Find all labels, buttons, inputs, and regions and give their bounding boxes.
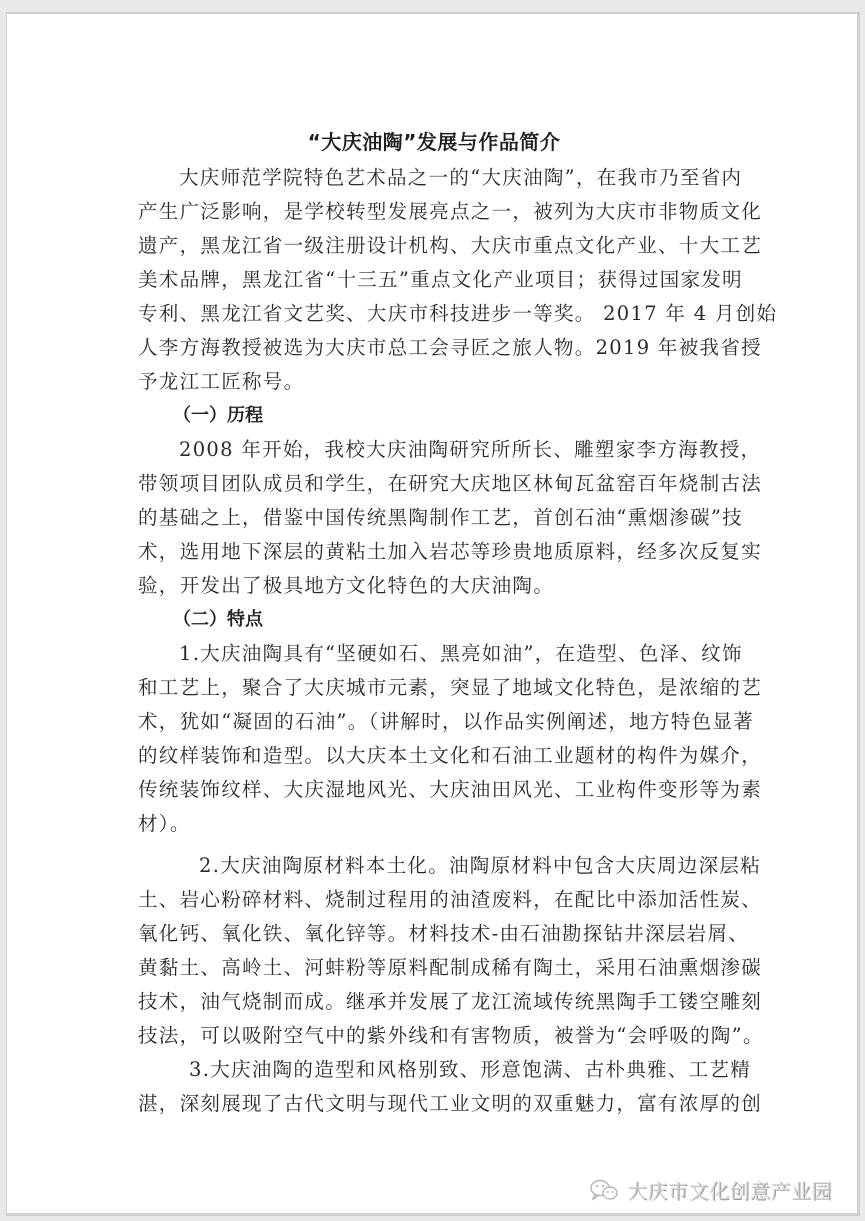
history-line: 2008 年开始，我校大庆油陶研究所所长、雕塑家李方海教授，: [179, 438, 761, 462]
document-page: “大庆油陶”发展与作品简介 大庆师范学院特色艺术品之一的“大庆油陶”，在我市乃至…: [6, 12, 860, 1216]
feature2-line: 技法，可以吸附空气中的紫外线和有害物质，被誉为“会呼吸的陶”。: [138, 1024, 764, 1048]
feature2-line: 2.大庆油陶原材料本土化。油陶原材料中包含大庆周边深层粘: [199, 854, 761, 878]
feature2-line: 技术，油气烧制而成。继承并发展了龙江流域传统黑陶手工镂空雕刻: [138, 990, 762, 1014]
feature1-line: 材）。: [138, 812, 191, 836]
feature3-line: 3.大庆油陶的造型和风格别致、形意饱满、古朴典雅、工艺精: [189, 1058, 751, 1082]
wechat-watermark: 大庆市文化创意产业园: [589, 1175, 832, 1204]
history-line: 带领项目团队成员和学生，在研究大庆地区林甸瓦盆窑百年烧制古法: [138, 472, 762, 496]
feature1-line: 1.大庆油陶具有“坚硬如石、黑亮如油”，在造型、色泽、纹饰: [179, 642, 743, 666]
section-heading-features: （二）特点: [173, 608, 263, 632]
watermark-text: 大庆市文化创意产业园: [627, 1175, 832, 1204]
wechat-icon: [589, 1178, 621, 1202]
document-body: “大庆油陶”发展与作品简介 大庆师范学院特色艺术品之一的“大庆油陶”，在我市乃至…: [7, 14, 861, 1218]
history-line: 验，开发出了极具地方文化特色的大庆油陶。: [138, 574, 554, 598]
photo-background: “大庆油陶”发展与作品简介 大庆师范学院特色艺术品之一的“大庆油陶”，在我市乃至…: [0, 0, 865, 1221]
feature3-line: 湛，深刻展现了古代文明与现代工业文明的双重魅力，富有浓厚的创: [138, 1092, 762, 1116]
intro-line: 专利、黑龙江省文艺奖、大庆市科技进步一等奖。 2017 年 4 月创始: [138, 302, 777, 326]
feature1-line: 和工艺上，聚合了大庆城市元素，突显了地域文化特色，是浓缩的艺: [138, 676, 762, 700]
intro-line: 大庆师范学院特色艺术品之一的“大庆油陶”，在我市乃至省内: [179, 166, 742, 190]
intro-line: 人李方海教授被选为大庆市总工会寻匠之旅人物。2019 年被我省授: [138, 336, 762, 360]
feature1-line: 的纹样装饰和造型。以大庆本土文化和石油工业题材的构件为媒介，: [138, 744, 762, 768]
intro-line: 予龙江工匠称号。: [138, 370, 304, 394]
history-line: 的基础之上，借鉴中国传统黑陶制作工艺，首创石油“熏烟渗碳”技: [138, 506, 743, 530]
document-title: “大庆油陶”发展与作品简介: [7, 126, 861, 155]
feature2-line: 土、岩心粉碎材料、烧制过程用的油渣废料，在配比中添加活性炭、: [138, 888, 762, 912]
intro-line: 美术品牌，黑龙江省“十三五”重点文化产业项目；获得过国家发明: [138, 268, 743, 292]
history-line: 术，选用地下深层的黄粘土加入岩芯等珍贵地质原料，经多次反复实: [138, 540, 762, 564]
feature1-line: 传统装饰纹样、大庆湿地风光、大庆油田风光、工业构件变形等为素: [138, 778, 762, 802]
feature1-line: 术，犹如“凝固的石油”。（讲解时，以作品实例阐述，地方特色显著: [138, 710, 754, 734]
feature2-line: 黄黏土、高岭土、河蚌粉等原料配制成稀有陶土，采用石油熏烟渗碳: [138, 956, 762, 980]
intro-line: 产生广泛影响，是学校转型发展亮点之一，被列为大庆市非物质文化: [138, 200, 762, 224]
section-heading-history: （一）历程: [173, 404, 263, 428]
intro-line: 遗产，黑龙江省一级注册设计机构、大庆市重点文化产业、十大工艺: [138, 234, 762, 258]
feature2-line: 氧化钙、氧化铁、氧化锌等。材料技术-由石油勘探钻井深层岩屑、: [138, 922, 749, 946]
